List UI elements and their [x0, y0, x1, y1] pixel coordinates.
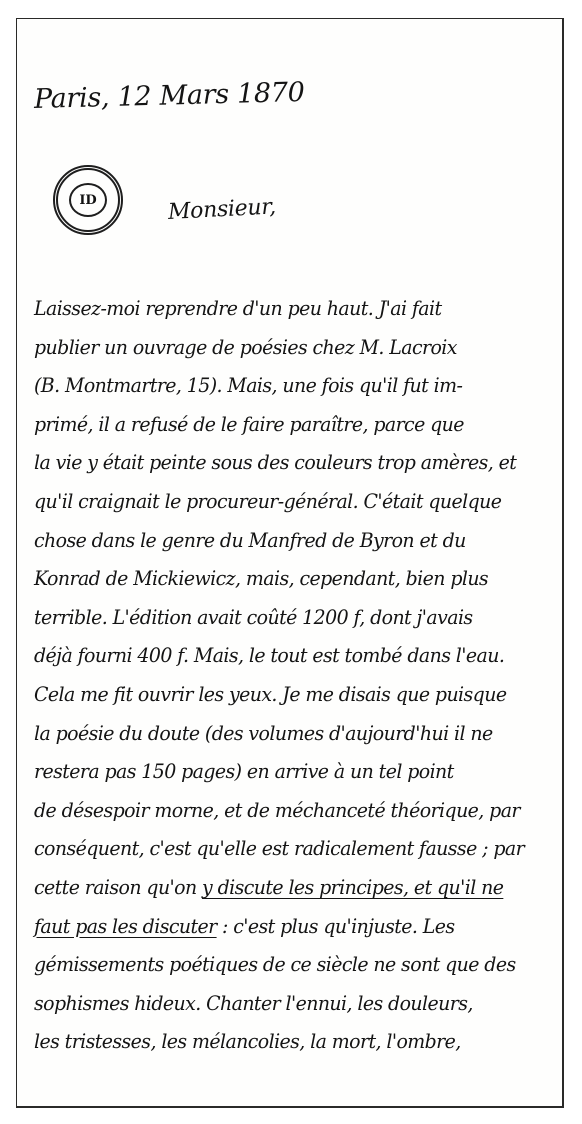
body-line: Laissez-moi reprendre d'un peu haut. J'a…: [34, 290, 539, 329]
body-line: terrible. L'édition avait coûté 1200 f, …: [34, 599, 539, 638]
body-line-underlined: cette raison qu'on y discute les princip…: [34, 869, 539, 908]
body-line: gémissements poétiques de ce siècle ne s…: [34, 946, 539, 985]
body-line: chose dans le genre du Manfred de Byron …: [34, 522, 539, 561]
line-prefix: cette raison qu'on: [34, 876, 202, 899]
body-line: primé, il a refusé de le faire paraître,…: [34, 406, 539, 445]
body-line: publier un ouvrage de poésies chez M. La…: [34, 329, 539, 368]
body-line: Cela me fit ouvrir les yeux. Je me disai…: [34, 676, 539, 715]
body-line: restera pas 150 pages) en arrive à un te…: [34, 753, 539, 792]
seal-monogram: ID: [69, 183, 107, 217]
body-line: (B. Montmartre, 15). Mais, une fois qu'i…: [34, 367, 539, 406]
body-line: la poésie du doute (des volumes d'aujour…: [34, 715, 539, 754]
body-line: sophismes hideux. Chanter l'ennui, les d…: [34, 985, 539, 1024]
line-suffix: : c'est plus qu'injuste. Les: [217, 915, 455, 938]
body-line: qu'il craignait le procureur-général. C'…: [34, 483, 539, 522]
underlined-text: faut pas les discuter: [34, 915, 217, 938]
body-line: Konrad de Mickiewicz, mais, cependant, b…: [34, 560, 539, 599]
monogram-seal-icon: ID: [53, 165, 123, 235]
body-line: la vie y était peinte sous des couleurs …: [34, 444, 539, 483]
underlined-text: y discute les principes, et qu'il ne: [202, 876, 503, 899]
body-line: déjà fourni 400 f. Mais, le tout est tom…: [34, 637, 539, 676]
body-line: de désespoir morne, et de méchanceté thé…: [34, 792, 539, 831]
body-line-underlined: faut pas les discuter : c'est plus qu'in…: [34, 908, 539, 947]
body-line: conséquent, c'est qu'elle est radicaleme…: [34, 830, 539, 869]
body-line: les tristesses, les mélancolies, la mort…: [34, 1023, 539, 1062]
letter-body: Laissez-moi reprendre d'un peu haut. J'a…: [34, 290, 554, 1062]
